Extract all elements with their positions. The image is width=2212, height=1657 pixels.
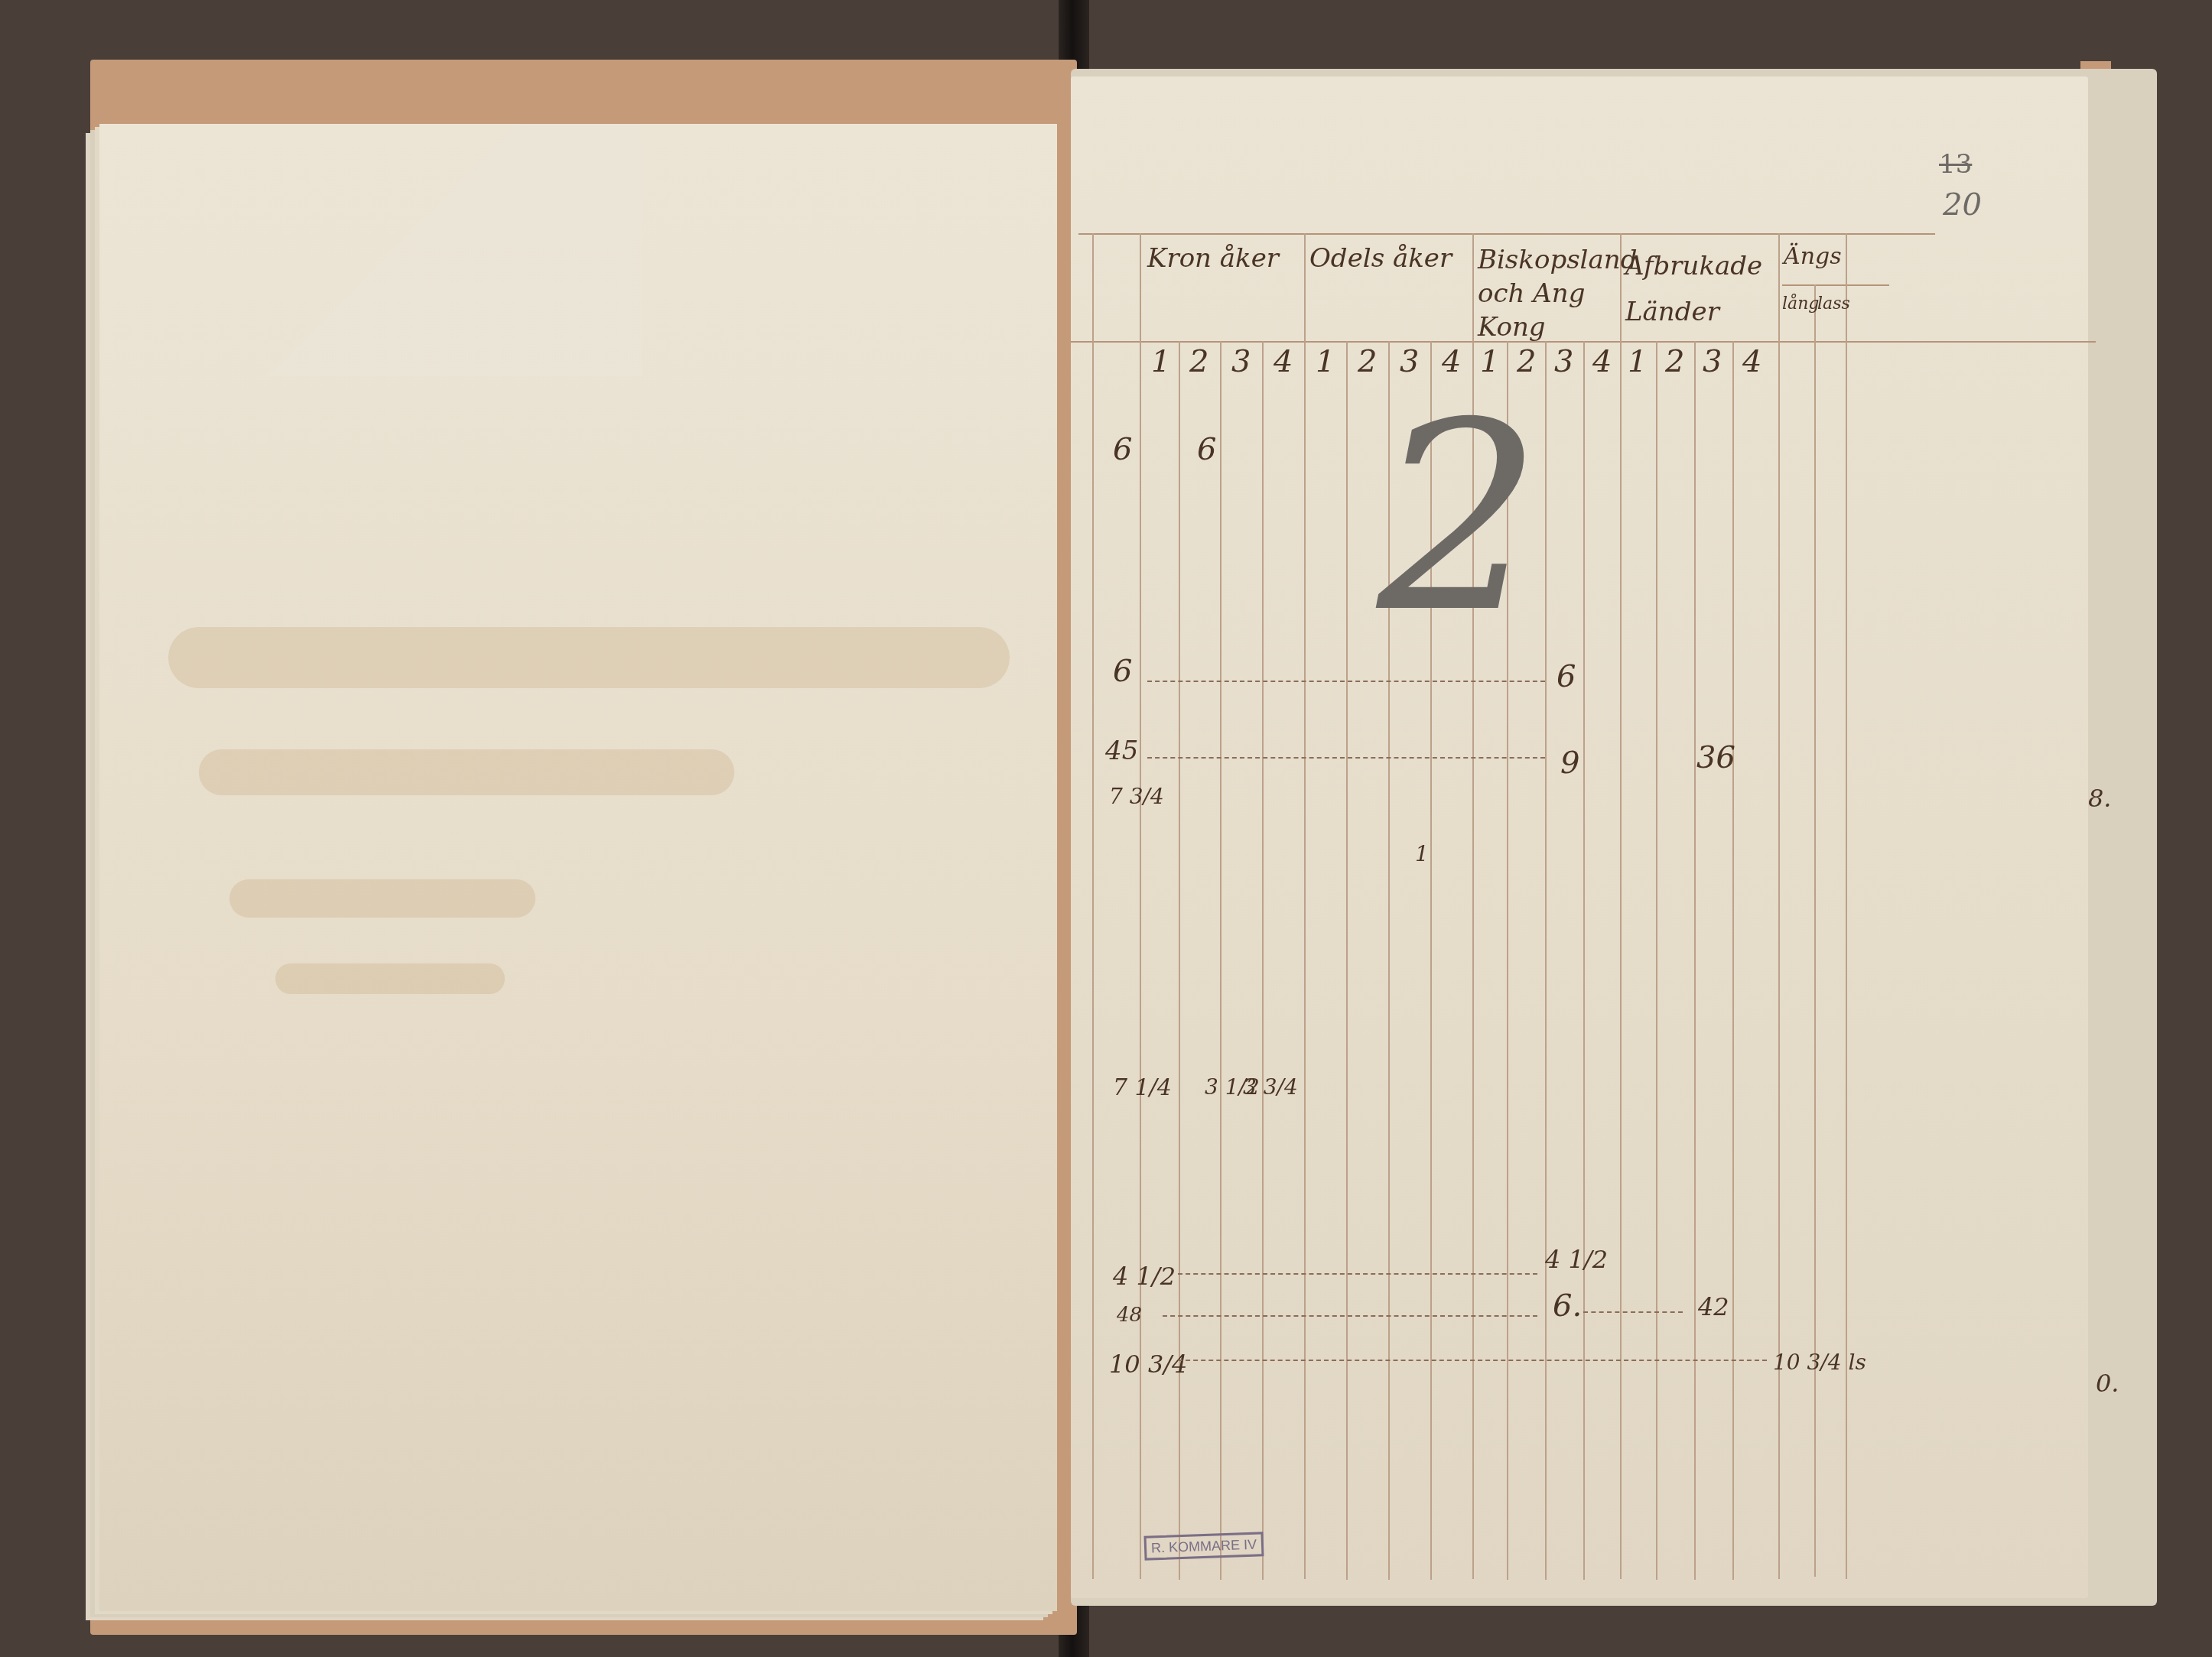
subheader-lass: lass xyxy=(1817,294,1850,314)
column-line xyxy=(1694,341,1696,1580)
dashed-leader xyxy=(1178,1360,1767,1361)
large-pencil-number: 2 xyxy=(1377,367,1542,670)
angs-sub-rule xyxy=(1782,284,1889,286)
column-line xyxy=(1583,341,1585,1580)
row-left-value: 6 xyxy=(1113,432,1132,467)
column-line xyxy=(1814,284,1816,1577)
margin-note: 0. xyxy=(2096,1369,2119,1398)
column-line xyxy=(1346,341,1348,1580)
column-line xyxy=(1778,233,1780,1579)
cell-value: 10 3/4 ls xyxy=(1773,1350,1866,1375)
subcol-3: 3 xyxy=(1554,344,1573,379)
column-line xyxy=(1092,233,1094,1579)
archive-stamp: R. KOMMARE IV xyxy=(1143,1532,1264,1560)
cell-value: 42 xyxy=(1698,1292,1729,1321)
dashed-leader xyxy=(1147,757,1545,759)
cell-value: 4 1/2 xyxy=(1545,1245,1608,1274)
row-left-value: 4 1/2 xyxy=(1113,1262,1176,1291)
subcol-1: 1 xyxy=(1628,344,1647,379)
subcol-4: 4 xyxy=(1742,344,1761,379)
column-line xyxy=(1262,341,1264,1580)
header-kron-aker: Kron åker xyxy=(1147,243,1279,274)
small-mark: 1 xyxy=(1415,841,1429,866)
subcol-2: 2 xyxy=(1665,344,1684,379)
folio-number: 20 xyxy=(1943,187,1982,223)
dashed-leader xyxy=(1583,1311,1683,1313)
column-line xyxy=(1220,341,1221,1580)
cell-value: 6. xyxy=(1553,1288,1582,1324)
folio-number-struck: 13 xyxy=(1939,149,1972,180)
row-left-value: 10 3/4 xyxy=(1109,1350,1187,1379)
header-afbrukade-lander: Afbrukade Länder xyxy=(1625,243,1778,335)
subheader-lang: lång xyxy=(1782,294,1819,314)
water-stain xyxy=(229,879,535,918)
header-top-rule xyxy=(1078,233,1935,235)
subcol-3: 3 xyxy=(1703,344,1722,379)
subcol-3: 3 xyxy=(1231,344,1251,379)
cell-value: 6 xyxy=(1197,432,1216,467)
row-left-value: 45 xyxy=(1105,736,1138,766)
column-line xyxy=(1846,233,1847,1579)
dashed-leader xyxy=(1147,681,1545,682)
water-stain xyxy=(199,749,734,795)
column-line xyxy=(1179,341,1180,1580)
row-left-value: 48 xyxy=(1117,1304,1142,1327)
dashed-leader xyxy=(1178,1273,1537,1275)
water-stain xyxy=(168,627,1010,688)
cell-value: 9 xyxy=(1560,746,1579,781)
header-biskopsland: Biskopsland och Ang Kong xyxy=(1478,243,1619,344)
column-line xyxy=(1620,233,1622,1579)
row-left-value: 7 1/4 xyxy=(1113,1074,1172,1101)
dashed-leader xyxy=(1163,1315,1537,1317)
header-odels-aker: Odels åker xyxy=(1309,243,1452,274)
cell-value: 6 xyxy=(1557,659,1576,694)
subcol-1: 1 xyxy=(1316,344,1335,379)
subcol-4: 4 xyxy=(1592,344,1612,379)
water-stain xyxy=(275,963,505,994)
cell-value: 36 xyxy=(1696,740,1735,775)
cell-value: 3 3/4 xyxy=(1243,1074,1298,1100)
subcol-4: 4 xyxy=(1274,344,1293,379)
subcol-1: 1 xyxy=(1151,344,1170,379)
left-page-fold xyxy=(153,124,642,376)
column-line xyxy=(1304,233,1306,1579)
row-left-value: 6 xyxy=(1113,654,1132,689)
margin-note: 8. xyxy=(2088,784,2112,813)
header-angs: Ängs xyxy=(1784,243,1842,270)
subcol-2: 2 xyxy=(1189,344,1208,379)
column-line xyxy=(1732,341,1734,1580)
subcol-2: 2 xyxy=(1358,344,1377,379)
column-line xyxy=(1656,341,1657,1580)
column-line xyxy=(1545,341,1547,1580)
row-left-value: 7 3/4 xyxy=(1109,784,1164,809)
